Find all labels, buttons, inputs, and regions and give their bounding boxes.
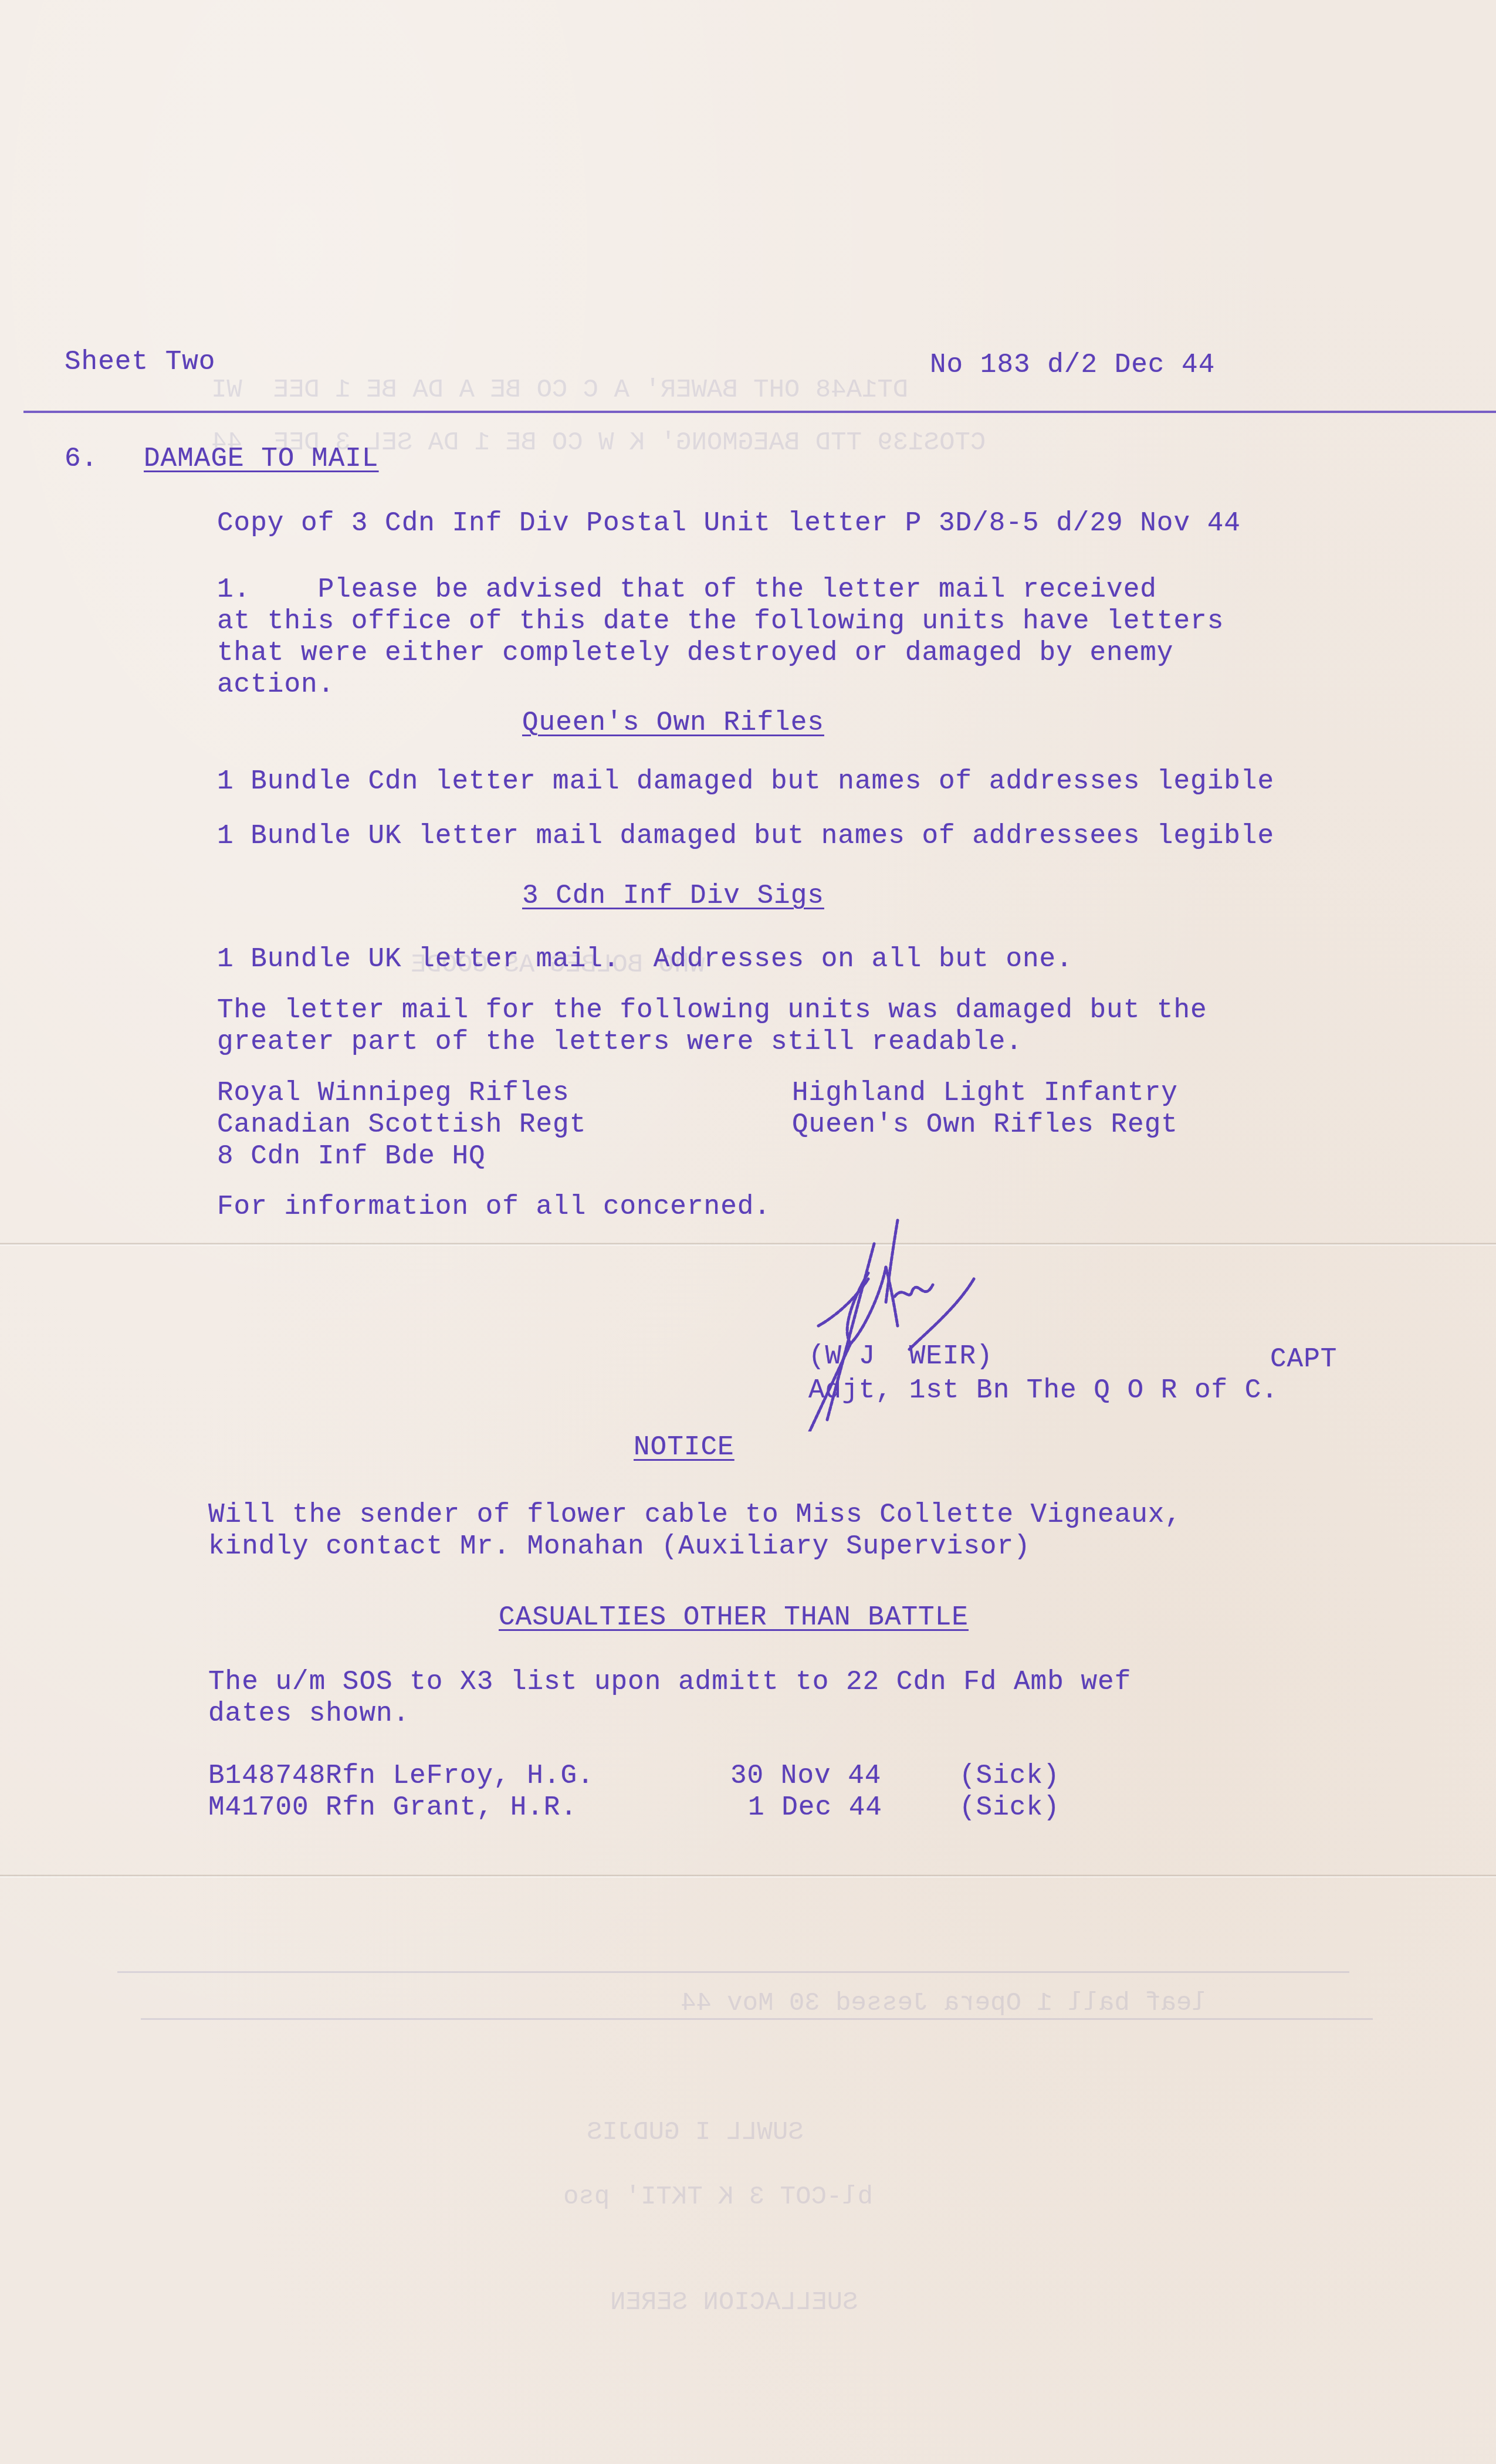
sigs-item: 1 Bundle UK letter mail. Addresses on al… (217, 943, 1073, 975)
para-1-line: action. (217, 669, 334, 700)
casualty-service-number: M41700 (208, 1792, 309, 1823)
signatory-rank: CAPT (1270, 1343, 1337, 1375)
casualty-service-number: B148748 (208, 1760, 326, 1792)
qor-item: 1 Bundle Cdn letter mail damaged but nam… (217, 766, 1274, 797)
subheading-queens-own-rifles: Queen's Own Rifles (522, 707, 824, 739)
unit-left: Royal Winnipeg Rifles (217, 1077, 570, 1109)
subheading-div-sigs: 3 Cdn Inf Div Sigs (522, 880, 824, 912)
unit-left: Canadian Scottish Regt (217, 1109, 586, 1140)
casualty-date: 1 Dec 44 (748, 1792, 882, 1823)
show-through-text: SUWLL I GUDJIS (587, 2118, 804, 2147)
casualties-title: CASUALTIES OTHER THAN BATTLE (499, 1602, 969, 1633)
damaged-readable-line: greater part of the letters were still r… (217, 1026, 1023, 1058)
show-through-text: SUELLACION SEREN (610, 2288, 858, 2317)
unit-left: 8 Cdn Inf Bde HQ (217, 1140, 486, 1172)
document-reference: No 183 d/2 Dec 44 (930, 349, 1215, 381)
casualty-date: 30 Nov 44 (730, 1760, 881, 1792)
closing-line: For information of all concerned. (217, 1191, 771, 1223)
paper-fold-line (0, 1874, 1496, 1878)
section-number: 6. (65, 443, 98, 475)
casualty-reason: (Sick) (959, 1792, 1060, 1823)
para-1-line: that were either completely destroyed or… (217, 637, 1173, 669)
show-through-text: leaf ball 1 Opera Jessed 30 Mov 44 (681, 1989, 1207, 2018)
show-through-text: bl-COT 3 K TKTI' pso (563, 2182, 873, 2212)
section-title: DAMAGE TO MAIL (144, 443, 378, 475)
unit-right: Queen's Own Rifles Regt (792, 1109, 1178, 1140)
unit-right: Highland Light Infantry (792, 1077, 1178, 1109)
signatory-appointment: Adjt, 1st Bn The Q O R of C. (808, 1375, 1278, 1406)
sheet-label: Sheet Two (65, 346, 215, 378)
signatory-name: (W J WEIR) (808, 1341, 993, 1372)
copy-reference-line: Copy of 3 Cdn Inf Div Postal Unit letter… (217, 507, 1241, 539)
show-through-rule (117, 1971, 1349, 1973)
show-through-rule (141, 2018, 1373, 2020)
notice-title: NOTICE (634, 1431, 735, 1463)
para-1-line: at this office of this date the followin… (217, 605, 1224, 637)
header-divider (23, 411, 1496, 413)
notice-line: kindly contact Mr. Monahan (Auxiliary Su… (208, 1531, 1031, 1562)
casualty-rank-name: Rfn Grant, H.R. (326, 1792, 577, 1823)
casualty-reason: (Sick) (959, 1760, 1060, 1792)
damaged-readable-line: The letter mail for the following units … (217, 994, 1207, 1026)
qor-item: 1 Bundle UK letter mail damaged but name… (217, 820, 1274, 852)
paper-fold-line (0, 1243, 1496, 1246)
show-through-text: DT1A48 OHT BAWER' A C CO BE A DA BE 1 DE… (211, 375, 908, 405)
casualty-rank-name: Rfn LeFroy, H.G. (326, 1760, 594, 1792)
casualties-intro-line: dates shown. (208, 1698, 409, 1729)
para-1-line: 1. Please be advised that of the letter … (217, 574, 1157, 605)
notice-line: Will the sender of flower cable to Miss … (208, 1499, 1182, 1531)
casualties-intro-line: The u/m SOS to X3 list upon admitt to 22… (208, 1666, 1131, 1698)
